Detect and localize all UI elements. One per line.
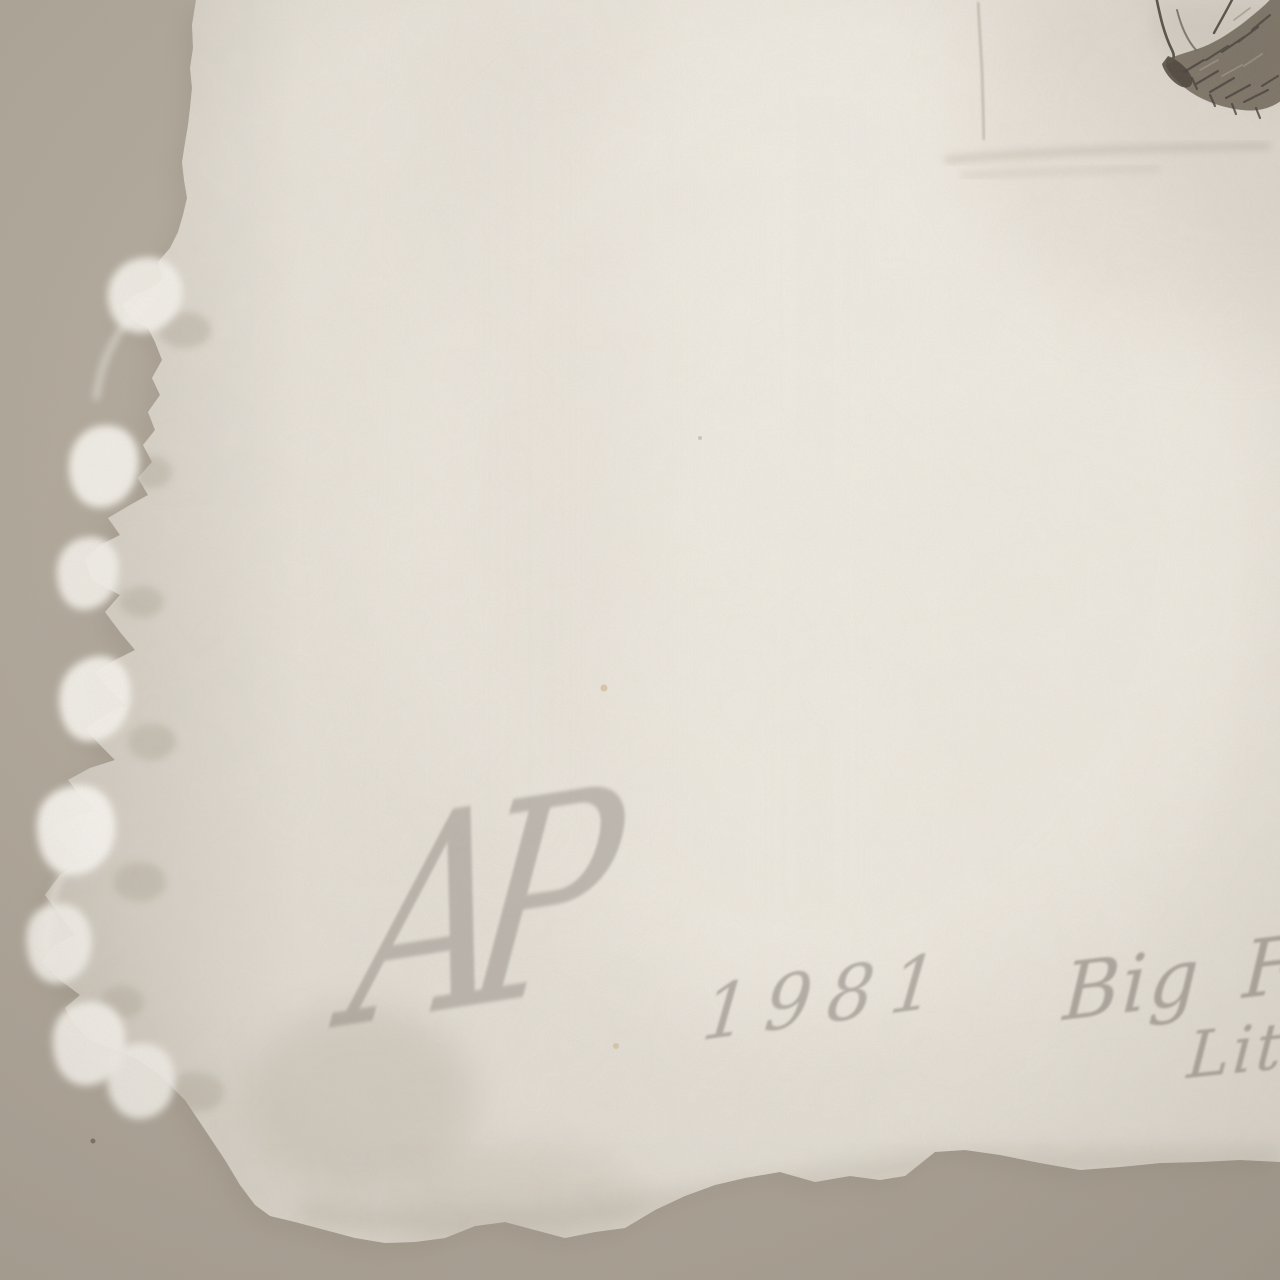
photo-of-print-corner: AP 1981 Big Fi Lit — [0, 0, 1280, 1280]
photo-grain-texture — [0, 0, 1280, 1280]
print-scene: AP 1981 Big Fi Lit — [0, 0, 1280, 1280]
